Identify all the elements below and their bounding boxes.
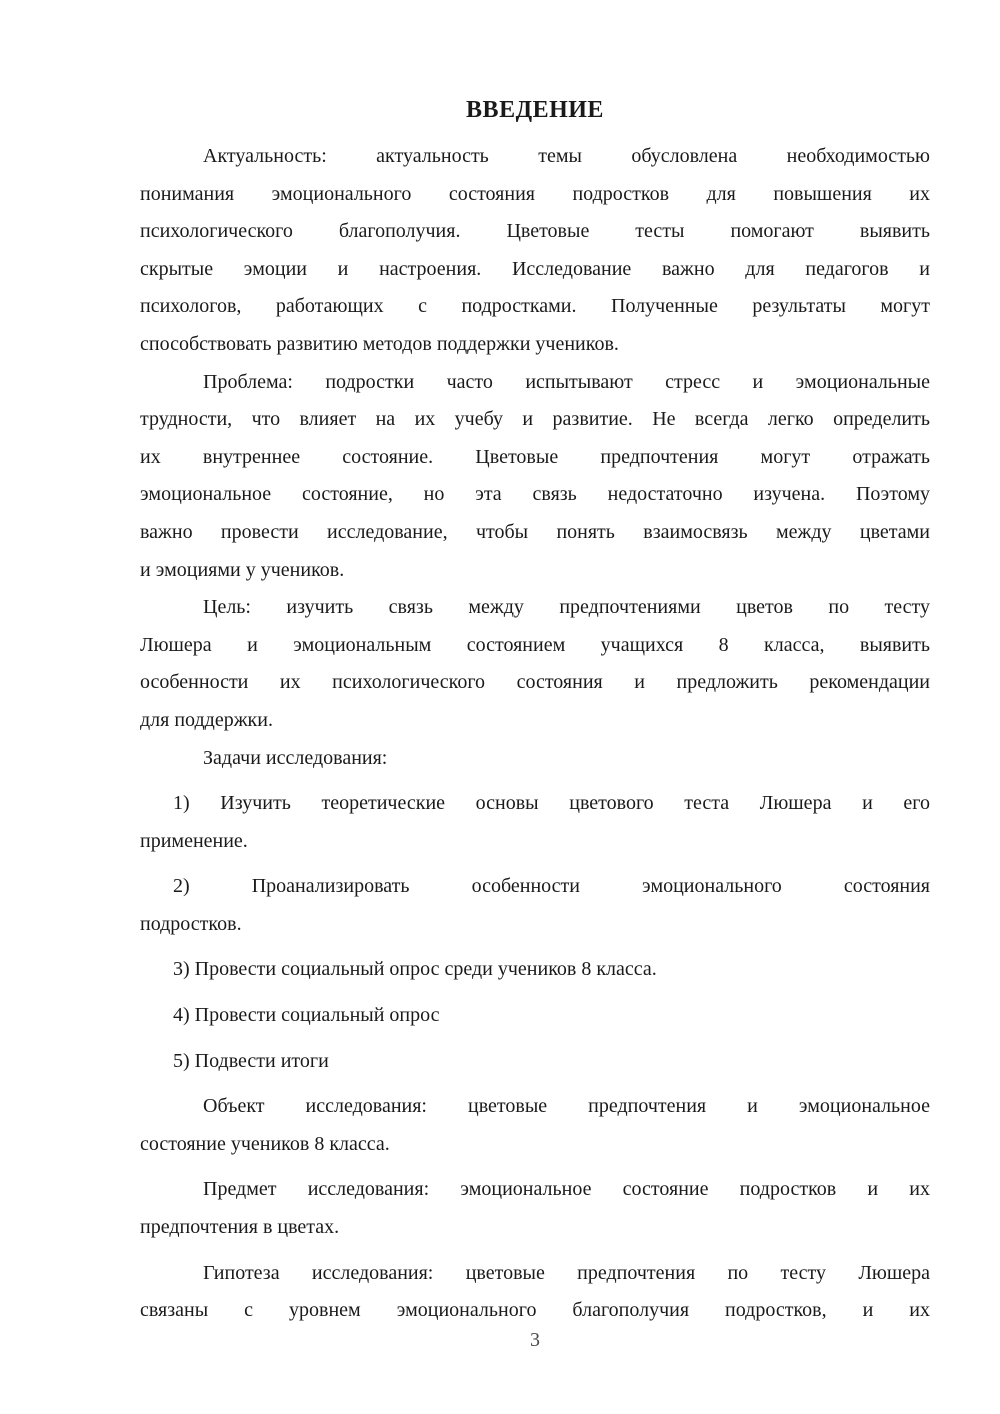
text-line: Предмет исследования: эмоциональное сост…	[140, 1171, 930, 1209]
text-line: Цель: изучить связь между предпочтениями…	[140, 589, 930, 627]
text-line: важно провести исследование, чтобы понят…	[140, 514, 930, 552]
text-line: применение.	[140, 823, 930, 861]
paragraph-goal: Цель: изучить связь между предпочтениями…	[140, 589, 930, 739]
document-body: Актуальность: актуальность темы обусловл…	[140, 138, 930, 1330]
text-line: понимания эмоционального состояния подро…	[140, 176, 930, 214]
text-line: для поддержки.	[140, 702, 930, 740]
paragraph-relevance: Актуальность: актуальность темы обусловл…	[140, 138, 930, 364]
task-1: 1) Изучить теоретические основы цветовог…	[140, 785, 930, 860]
paragraph-problem: Проблема: подростки часто испытывают стр…	[140, 364, 930, 590]
page-title: ВВЕДЕНИЕ	[140, 95, 930, 125]
paragraph-hypothesis: Гипотеза исследования: цветовые предпочт…	[140, 1255, 930, 1330]
document-content: ВВЕДЕНИЕ Актуальность: актуальность темы…	[140, 95, 930, 1330]
task-5: 5) Подвести итоги	[140, 1043, 930, 1081]
text-line: особенности их психологического состояни…	[140, 664, 930, 702]
text-line: Гипотеза исследования: цветовые предпочт…	[140, 1255, 930, 1293]
text-line: эмоциональное состояние, но эта связь не…	[140, 476, 930, 514]
task-4: 4) Провести социальный опрос	[140, 997, 930, 1035]
text-line: трудности, что влияет на их учебу и разв…	[140, 401, 930, 439]
text-line: способствовать развитию методов поддержк…	[140, 326, 930, 364]
text-line: их внутреннее состояние. Цветовые предпо…	[140, 439, 930, 477]
text-line: состояние учеников 8 класса.	[140, 1126, 930, 1164]
text-line: 5) Подвести итоги	[140, 1043, 930, 1081]
text-line: 2) Проанализировать особенности эмоциона…	[140, 868, 930, 906]
text-line: и эмоциями у учеников.	[140, 552, 930, 590]
task-3: 3) Провести социальный опрос среди учени…	[140, 951, 930, 989]
document-page: ВВЕДЕНИЕ Актуальность: актуальность темы…	[0, 0, 1000, 1414]
task-2: 2) Проанализировать особенности эмоциона…	[140, 868, 930, 943]
text-line: 3) Провести социальный опрос среди учени…	[140, 951, 930, 989]
paragraph-subject: Предмет исследования: эмоциональное сост…	[140, 1171, 930, 1246]
text-line: 1) Изучить теоретические основы цветовог…	[140, 785, 930, 823]
text-line: психологов, работающих с подростками. По…	[140, 288, 930, 326]
text-line: 4) Провести социальный опрос	[140, 997, 930, 1035]
text-line: Задачи исследования:	[140, 740, 930, 778]
text-line: Актуальность: актуальность темы обусловл…	[140, 138, 930, 176]
text-line: Объект исследования: цветовые предпочтен…	[140, 1088, 930, 1126]
text-line: психологического благополучия. Цветовые …	[140, 213, 930, 251]
tasks-heading: Задачи исследования:	[140, 740, 930, 778]
text-line: подростков.	[140, 906, 930, 944]
page-number: 3	[140, 1326, 930, 1354]
text-line: связаны с уровнем эмоционального благопо…	[140, 1292, 930, 1330]
text-line: Проблема: подростки часто испытывают стр…	[140, 364, 930, 402]
paragraph-object: Объект исследования: цветовые предпочтен…	[140, 1088, 930, 1163]
text-line: Люшера и эмоциональным состоянием учащих…	[140, 627, 930, 665]
text-line: предпочтения в цветах.	[140, 1209, 930, 1247]
text-line: скрытые эмоции и настроения. Исследовани…	[140, 251, 930, 289]
